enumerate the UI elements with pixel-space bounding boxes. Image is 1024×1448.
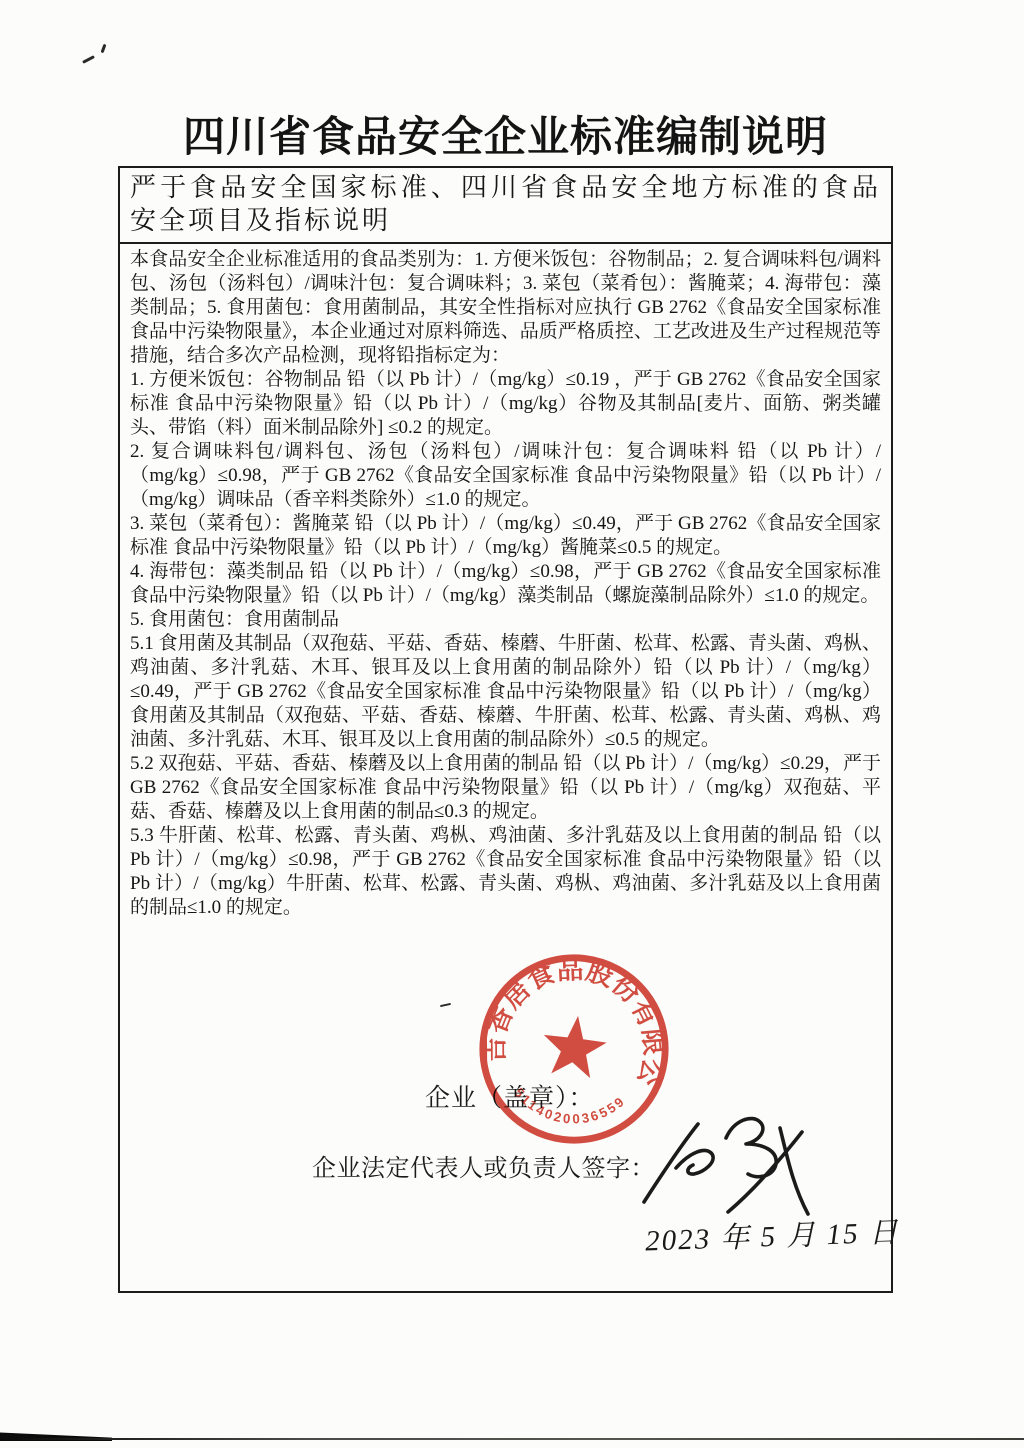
body-paragraph: 本食品安全企业标准适用的食品类别为：1. 方便米饭包：谷物制品；2. 复合调味料… — [130, 248, 881, 368]
seal-company-name: 吉香居食品股份有限公司 — [465, 940, 683, 1090]
body-paragraph: 5.3 牛肝菌、松茸、松露、青头菌、鸡枞、鸡油菌、多汁乳菇及以上食用菌的制品 铅… — [130, 824, 881, 920]
handwritten-signature — [630, 1110, 825, 1222]
body-paragraph: 3. 菜包（菜肴包）：酱腌菜 铅（以 Pb 计）/（mg/kg）≤0.49，严于… — [130, 512, 881, 560]
table-header-cell: 严于食品安全国家标准、四川省食品安全地方标准的食品安全项目及指标说明 — [120, 168, 891, 244]
body-paragraph: 5. 食用菌包：食用菌制品 — [130, 608, 881, 632]
scanned-document-page: 四川省食品安全企业标准编制说明 严于食品安全国家标准、四川省食品安全地方标准的食… — [0, 0, 1024, 1448]
ink-speck — [101, 44, 107, 53]
table-body-cell: 本食品安全企业标准适用的食品类别为：1. 方便米饭包：谷物制品；2. 复合调味料… — [120, 244, 891, 920]
scan-bottom-edge-line — [0, 1438, 1024, 1440]
body-paragraph: 5.2 双孢菇、平菇、香菇、榛蘑及以上食用菌的制品 铅（以 Pb 计）/（mg/… — [130, 752, 881, 824]
seal-star-icon — [539, 1012, 609, 1080]
body-paragraph: 1. 方便米饭包：谷物制品 铅（以 Pb 计）/（mg/kg）≤0.19 ，严于… — [130, 368, 881, 440]
body-paragraph: 4. 海带包：藻类制品 铅（以 Pb 计）/（mg/kg）≤0.98，严于 GB… — [130, 560, 881, 608]
body-paragraph: 2. 复合调味料包/调料包、汤包（汤料包）/调味汁包：复合调味料 铅（以 Pb … — [130, 440, 881, 512]
ink-speck — [82, 55, 95, 64]
body-paragraph: 5.1 食用菌及其制品（双孢菇、平菇、香菇、榛蘑、牛肝菌、松茸、松露、青头菌、鸡… — [130, 632, 881, 752]
legal-representative-signature-label: 企业法定代表人或负责人签字： — [312, 1148, 655, 1183]
page-title: 四川省食品安全企业标准编制说明 — [118, 104, 893, 164]
